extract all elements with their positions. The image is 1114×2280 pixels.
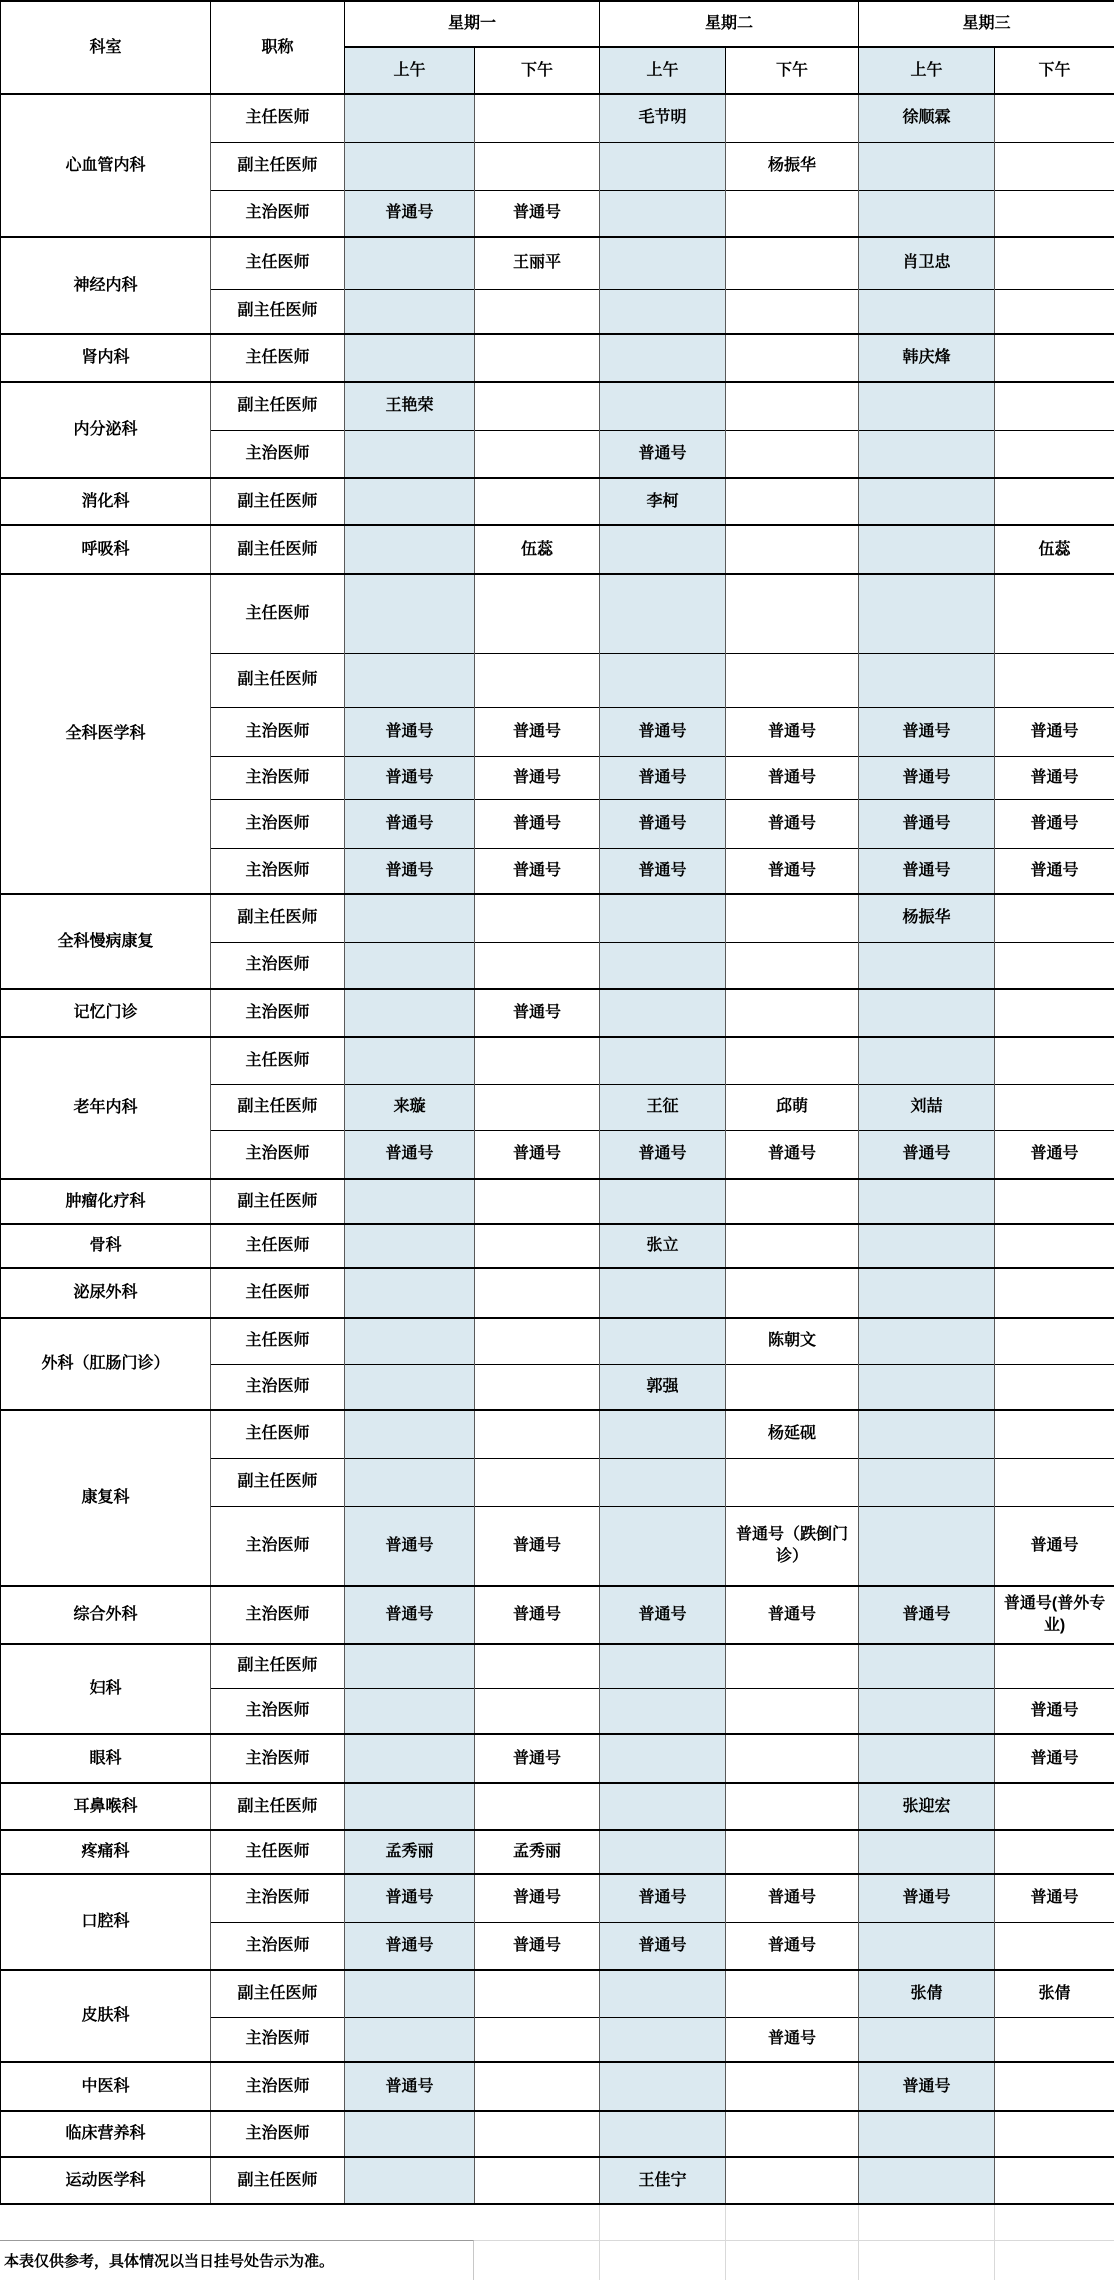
- header-monday-pm: 下午: [475, 47, 600, 94]
- schedule-cell-tuesday-pm: [726, 1688, 859, 1734]
- header-title: 职称: [211, 1, 345, 94]
- schedule-cell-tuesday-am: [600, 334, 726, 382]
- title-cell: 主治医师: [211, 1734, 345, 1783]
- schedule-cell-tuesday-am: [600, 574, 726, 653]
- schedule-cell-tuesday-pm: 杨振华: [726, 142, 859, 190]
- schedule-cell-tuesday-am: [600, 1037, 726, 1084]
- dept-cell: 肿瘤化疗科: [1, 1179, 211, 1224]
- schedule-cell-monday-pm: [475, 1410, 600, 1458]
- schedule-cell-wednesday-pm: 普通号: [995, 707, 1114, 756]
- dept-cell: 记忆门诊: [1, 989, 211, 1037]
- title-cell: 副主任医师: [211, 1644, 345, 1688]
- schedule-row: 疼痛科主任医师孟秀丽孟秀丽: [1, 1830, 1114, 1874]
- schedule-cell-tuesday-am: [600, 525, 726, 574]
- schedule-cell-wednesday-pm: [995, 2111, 1114, 2157]
- title-cell: 主任医师: [211, 1318, 345, 1364]
- schedule-cell-monday-am: [345, 1783, 475, 1830]
- schedule-cell-monday-am: [345, 1224, 475, 1268]
- schedule-cell-wednesday-pm: [995, 1458, 1114, 1506]
- schedule-cell-tuesday-pm: 普通号: [726, 848, 859, 894]
- title-cell: 主任医师: [211, 1268, 345, 1318]
- schedule-row: 综合外科主治医师普通号普通号普通号普通号普通号普通号(普外专业): [1, 1586, 1114, 1644]
- dept-cell: 临床营养科: [1, 2111, 211, 2157]
- schedule-cell-tuesday-pm: [726, 2111, 859, 2157]
- schedule-cell-wednesday-am: 普通号: [859, 848, 995, 894]
- title-cell: 主任医师: [211, 334, 345, 382]
- schedule-cell-wednesday-pm: [995, 942, 1114, 989]
- schedule-row: 康复科主任医师杨延砚: [1, 1410, 1114, 1458]
- schedule-cell-tuesday-am: 王征: [600, 1084, 726, 1130]
- title-cell: 副主任医师: [211, 653, 345, 707]
- schedule-cell-tuesday-am: 李柯: [600, 478, 726, 525]
- schedule-cell-tuesday-pm: [726, 1179, 859, 1224]
- title-cell: 主治医师: [211, 756, 345, 799]
- title-cell: 主任医师: [211, 1224, 345, 1268]
- title-cell: 主治医师: [211, 190, 345, 237]
- schedule-cell-tuesday-am: 张立: [600, 1224, 726, 1268]
- title-cell: 副主任医师: [211, 1179, 345, 1224]
- schedule-row: 妇科副主任医师: [1, 1644, 1114, 1688]
- schedule-cell-tuesday-pm: [726, 989, 859, 1037]
- schedule-cell-tuesday-pm: [726, 653, 859, 707]
- schedule-cell-monday-pm: [475, 574, 600, 653]
- schedule-cell-wednesday-am: 肖卫忠: [859, 237, 995, 289]
- schedule-cell-monday-pm: [475, 2017, 600, 2062]
- title-cell: 主治医师: [211, 942, 345, 989]
- gridline: [725, 2205, 726, 2280]
- title-cell: 主任医师: [211, 237, 345, 289]
- schedule-cell-tuesday-am: [600, 1179, 726, 1224]
- title-cell: 副主任医师: [211, 894, 345, 942]
- title-cell: 副主任医师: [211, 1783, 345, 1830]
- schedule-cell-tuesday-am: 普通号: [600, 1874, 726, 1922]
- schedule-cell-monday-pm: [475, 1179, 600, 1224]
- schedule-cell-wednesday-pm: 普通号: [995, 799, 1114, 848]
- schedule-cell-wednesday-am: [859, 1506, 995, 1586]
- schedule-cell-tuesday-am: 普通号: [600, 1922, 726, 1970]
- title-cell: 主治医师: [211, 1506, 345, 1586]
- schedule-cell-tuesday-am: 普通号: [600, 430, 726, 478]
- schedule-cell-wednesday-pm: [995, 1084, 1114, 1130]
- schedule-cell-monday-pm: 普通号: [475, 848, 600, 894]
- schedule-cell-wednesday-am: [859, 2157, 995, 2204]
- title-cell: 副主任医师: [211, 382, 345, 430]
- title-cell: 主治医师: [211, 2062, 345, 2111]
- schedule-cell-tuesday-am: [600, 2017, 726, 2062]
- title-cell: 主治医师: [211, 2017, 345, 2062]
- gridline: [994, 2205, 995, 2280]
- schedule-cell-wednesday-pm: [995, 1268, 1114, 1318]
- title-cell: 主治医师: [211, 1586, 345, 1644]
- schedule-row: 耳鼻喉科副主任医师张迎宏: [1, 1783, 1114, 1830]
- schedule-cell-wednesday-am: 徐顺霖: [859, 94, 995, 142]
- schedule-cell-tuesday-pm: [726, 1268, 859, 1318]
- schedule-row: 中医科主治医师普通号普通号: [1, 2062, 1114, 2111]
- schedule-cell-monday-pm: [475, 1458, 600, 1506]
- schedule-row: 心血管内科主任医师毛节明徐顺霖: [1, 94, 1114, 142]
- schedule-cell-monday-am: 普通号: [345, 1922, 475, 1970]
- schedule-cell-monday-am: [345, 653, 475, 707]
- schedule-cell-monday-pm: 伍蕊: [475, 525, 600, 574]
- schedule-cell-monday-am: [345, 289, 475, 334]
- schedule-cell-tuesday-am: 毛节明: [600, 94, 726, 142]
- schedule-cell-tuesday-am: [600, 2062, 726, 2111]
- header-day-monday: 星期一: [345, 1, 600, 47]
- schedule-cell-tuesday-am: 郭强: [600, 1364, 726, 1410]
- schedule-cell-monday-am: [345, 1970, 475, 2017]
- schedule-cell-tuesday-pm: 普通号: [726, 799, 859, 848]
- schedule-cell-wednesday-pm: [995, 334, 1114, 382]
- schedule-cell-wednesday-pm: [995, 478, 1114, 525]
- schedule-cell-wednesday-am: 普通号: [859, 1874, 995, 1922]
- schedule-cell-monday-am: 来璇: [345, 1084, 475, 1130]
- schedule-cell-monday-pm: [475, 334, 600, 382]
- schedule-cell-wednesday-pm: [995, 382, 1114, 430]
- title-cell: 主治医师: [211, 1874, 345, 1922]
- schedule-cell-tuesday-pm: 普通号: [726, 1922, 859, 1970]
- schedule-cell-monday-pm: 普通号: [475, 989, 600, 1037]
- schedule-cell-monday-am: [345, 574, 475, 653]
- schedule-cell-tuesday-pm: [726, 1783, 859, 1830]
- title-cell: 主任医师: [211, 1037, 345, 1084]
- schedule-cell-monday-pm: [475, 430, 600, 478]
- schedule-cell-monday-pm: [475, 2157, 600, 2204]
- schedule-cell-tuesday-am: 普通号: [600, 707, 726, 756]
- schedule-cell-tuesday-am: [600, 237, 726, 289]
- schedule-cell-monday-am: 普通号: [345, 707, 475, 756]
- schedule-row: 临床营养科主治医师: [1, 2111, 1114, 2157]
- schedule-cell-wednesday-pm: [995, 1179, 1114, 1224]
- header-tuesday-pm: 下午: [726, 47, 859, 94]
- schedule-cell-tuesday-pm: [726, 2157, 859, 2204]
- schedule-cell-wednesday-am: [859, 1364, 995, 1410]
- schedule-row: 皮肤科副主任医师张倩张倩: [1, 1970, 1114, 2017]
- title-cell: 主治医师: [211, 2111, 345, 2157]
- schedule-cell-monday-pm: [475, 382, 600, 430]
- schedule-cell-wednesday-pm: [995, 430, 1114, 478]
- dept-cell: 皮肤科: [1, 1970, 211, 2062]
- schedule-cell-wednesday-pm: [995, 1783, 1114, 1830]
- title-cell: 主治医师: [211, 1688, 345, 1734]
- schedule-cell-wednesday-pm: [995, 653, 1114, 707]
- schedule-cell-monday-pm: [475, 2111, 600, 2157]
- schedule-cell-tuesday-pm: [726, 1458, 859, 1506]
- schedule-cell-monday-pm: 普通号: [475, 799, 600, 848]
- schedule-cell-wednesday-pm: [995, 1364, 1114, 1410]
- schedule-cell-tuesday-pm: [726, 94, 859, 142]
- title-cell: 主治医师: [211, 848, 345, 894]
- schedule-cell-tuesday-pm: 普通号: [726, 707, 859, 756]
- schedule-cell-wednesday-am: 普通号: [859, 756, 995, 799]
- schedule-cell-tuesday-pm: [726, 1037, 859, 1084]
- schedule-cell-wednesday-pm: [995, 94, 1114, 142]
- schedule-cell-monday-am: [345, 1037, 475, 1084]
- title-cell: 副主任医师: [211, 2157, 345, 2204]
- schedule-cell-tuesday-pm: [726, 1364, 859, 1410]
- schedule-cell-tuesday-am: [600, 1410, 726, 1458]
- schedule-cell-tuesday-am: 普通号: [600, 848, 726, 894]
- schedule-cell-monday-am: [345, 478, 475, 525]
- schedule-cell-wednesday-am: [859, 382, 995, 430]
- title-cell: 副主任医师: [211, 142, 345, 190]
- dept-cell: 眼科: [1, 1734, 211, 1783]
- title-cell: 主任医师: [211, 1830, 345, 1874]
- dept-cell: 康复科: [1, 1410, 211, 1586]
- schedule-cell-monday-pm: [475, 2062, 600, 2111]
- title-cell: 副主任医师: [211, 525, 345, 574]
- schedule-cell-wednesday-am: [859, 942, 995, 989]
- schedule-cell-wednesday-am: [859, 2111, 995, 2157]
- dept-cell: 妇科: [1, 1644, 211, 1734]
- schedule-cell-wednesday-pm: 普通号: [995, 1130, 1114, 1179]
- schedule-cell-wednesday-am: [859, 2017, 995, 2062]
- schedule-row: 口腔科主治医师普通号普通号普通号普通号普通号普通号: [1, 1874, 1114, 1922]
- schedule-cell-monday-pm: 普通号: [475, 1506, 600, 1586]
- title-cell: 主治医师: [211, 1364, 345, 1410]
- schedule-cell-wednesday-am: [859, 574, 995, 653]
- schedule-cell-monday-am: [345, 1318, 475, 1364]
- dept-cell: 全科慢病康复: [1, 894, 211, 989]
- schedule-cell-wednesday-am: 普通号: [859, 2062, 995, 2111]
- schedule-row: 全科慢病康复副主任医师杨振华: [1, 894, 1114, 942]
- gridline: [858, 2205, 859, 2280]
- dept-cell: 综合外科: [1, 1586, 211, 1644]
- title-cell: 主治医师: [211, 1922, 345, 1970]
- schedule-cell-wednesday-pm: [995, 574, 1114, 653]
- schedule-cell-monday-am: 普通号: [345, 190, 475, 237]
- schedule-cell-wednesday-am: [859, 1268, 995, 1318]
- schedule-cell-monday-am: [345, 1644, 475, 1688]
- dept-cell: 耳鼻喉科: [1, 1783, 211, 1830]
- schedule-cell-monday-am: 普通号: [345, 1506, 475, 1586]
- schedule-cell-wednesday-am: [859, 1179, 995, 1224]
- schedule-cell-monday-am: [345, 525, 475, 574]
- schedule-cell-tuesday-pm: [726, 237, 859, 289]
- schedule-cell-wednesday-pm: [995, 2062, 1114, 2111]
- schedule-cell-tuesday-am: [600, 989, 726, 1037]
- schedule-cell-wednesday-am: [859, 190, 995, 237]
- schedule-cell-monday-pm: [475, 1364, 600, 1410]
- schedule-cell-monday-am: [345, 1734, 475, 1783]
- schedule-cell-monday-pm: [475, 1084, 600, 1130]
- schedule-cell-tuesday-pm: 普通号: [726, 1874, 859, 1922]
- schedule-cell-tuesday-pm: [726, 2062, 859, 2111]
- header-day-tuesday: 星期二: [600, 1, 859, 47]
- schedule-cell-wednesday-am: [859, 478, 995, 525]
- schedule-cell-tuesday-pm: [726, 942, 859, 989]
- schedule-cell-monday-am: [345, 1458, 475, 1506]
- schedule-cell-wednesday-am: [859, 142, 995, 190]
- schedule-cell-wednesday-pm: [995, 142, 1114, 190]
- schedule-row: 骨科主任医师张立: [1, 1224, 1114, 1268]
- title-cell: 副主任医师: [211, 1970, 345, 2017]
- schedule-cell-monday-pm: [475, 94, 600, 142]
- schedule-cell-wednesday-am: 张倩: [859, 1970, 995, 2017]
- schedule-cell-monday-am: [345, 989, 475, 1037]
- schedule-cell-wednesday-pm: 普通号(普外专业): [995, 1586, 1114, 1644]
- schedule-row: 眼科主治医师普通号普通号: [1, 1734, 1114, 1783]
- schedule-cell-monday-pm: [475, 1970, 600, 2017]
- schedule-cell-tuesday-pm: [726, 289, 859, 334]
- schedule-cell-wednesday-pm: [995, 1410, 1114, 1458]
- schedule-cell-tuesday-am: [600, 1734, 726, 1783]
- schedule-cell-tuesday-pm: [726, 382, 859, 430]
- dept-cell: 内分泌科: [1, 382, 211, 478]
- schedule-cell-tuesday-am: [600, 1506, 726, 1586]
- gridline: [599, 2205, 600, 2280]
- schedule-cell-wednesday-am: 杨振华: [859, 894, 995, 942]
- schedule-cell-wednesday-pm: 伍蕊: [995, 525, 1114, 574]
- schedule-cell-tuesday-am: [600, 1830, 726, 1874]
- schedule-row: 内分泌科副主任医师王艳荣: [1, 382, 1114, 430]
- schedule-cell-wednesday-pm: [995, 190, 1114, 237]
- schedule-cell-tuesday-am: 普通号: [600, 1130, 726, 1179]
- clinic-schedule-table: 科室 职称 星期一 星期二 星期三 上午 下午 上午 下午 上午 下午 心血管内…: [0, 0, 1114, 2205]
- schedule-cell-wednesday-am: [859, 989, 995, 1037]
- schedule-cell-wednesday-pm: [995, 1922, 1114, 1970]
- schedule-cell-monday-am: [345, 1410, 475, 1458]
- schedule-cell-tuesday-pm: 杨延砚: [726, 1410, 859, 1458]
- schedule-cell-wednesday-am: [859, 525, 995, 574]
- schedule-cell-wednesday-am: [859, 1318, 995, 1364]
- schedule-cell-wednesday-pm: [995, 289, 1114, 334]
- schedule-cell-wednesday-am: [859, 430, 995, 478]
- schedule-cell-wednesday-pm: [995, 2017, 1114, 2062]
- title-cell: 主治医师: [211, 1130, 345, 1179]
- title-cell: 副主任医师: [211, 289, 345, 334]
- schedule-cell-monday-am: 普通号: [345, 1130, 475, 1179]
- dept-cell: 口腔科: [1, 1874, 211, 1970]
- schedule-cell-wednesday-pm: [995, 1037, 1114, 1084]
- schedule-cell-wednesday-am: [859, 653, 995, 707]
- schedule-cell-monday-am: [345, 2157, 475, 2204]
- schedule-cell-monday-pm: [475, 1037, 600, 1084]
- schedule-cell-monday-am: [345, 894, 475, 942]
- title-cell: 副主任医师: [211, 478, 345, 525]
- dept-cell: 呼吸科: [1, 525, 211, 574]
- schedule-cell-monday-pm: [475, 142, 600, 190]
- title-cell: 主治医师: [211, 799, 345, 848]
- schedule-cell-monday-am: [345, 237, 475, 289]
- schedule-cell-monday-pm: [475, 478, 600, 525]
- schedule-cell-wednesday-pm: [995, 1224, 1114, 1268]
- schedule-cell-wednesday-pm: [995, 237, 1114, 289]
- schedule-row: 呼吸科副主任医师伍蕊伍蕊: [1, 525, 1114, 574]
- schedule-cell-monday-pm: [475, 1268, 600, 1318]
- schedule-cell-monday-pm: 普通号: [475, 1922, 600, 1970]
- dept-cell: 泌尿外科: [1, 1268, 211, 1318]
- schedule-cell-tuesday-pm: [726, 525, 859, 574]
- schedule-row: 全科医学科主任医师: [1, 574, 1114, 653]
- title-cell: 副主任医师: [211, 1458, 345, 1506]
- schedule-cell-tuesday-am: [600, 190, 726, 237]
- schedule-cell-monday-am: [345, 1268, 475, 1318]
- schedule-cell-monday-pm: 普通号: [475, 756, 600, 799]
- schedule-cell-tuesday-am: 王佳宁: [600, 2157, 726, 2204]
- clinic-schedule-sheet: 科室 职称 星期一 星期二 星期三 上午 下午 上午 下午 上午 下午 心血管内…: [0, 0, 1114, 2280]
- schedule-cell-tuesday-pm: 普通号（跌倒门诊）: [726, 1506, 859, 1586]
- schedule-cell-tuesday-am: [600, 1268, 726, 1318]
- schedule-cell-monday-pm: 普通号: [475, 707, 600, 756]
- schedule-cell-monday-am: 孟秀丽: [345, 1830, 475, 1874]
- schedule-cell-wednesday-pm: 普通号: [995, 1688, 1114, 1734]
- schedule-cell-wednesday-am: [859, 1410, 995, 1458]
- schedule-cell-monday-am: 普通号: [345, 756, 475, 799]
- title-cell: 主任医师: [211, 1410, 345, 1458]
- dept-cell: 中医科: [1, 2062, 211, 2111]
- schedule-cell-tuesday-am: [600, 1458, 726, 1506]
- schedule-cell-monday-am: 王艳荣: [345, 382, 475, 430]
- schedule-cell-wednesday-pm: 张倩: [995, 1970, 1114, 2017]
- schedule-cell-wednesday-am: 普通号: [859, 799, 995, 848]
- dept-cell: 全科医学科: [1, 574, 211, 894]
- footer-note: 本表仅供参考，具体情况以当日挂号处告示为准。: [0, 2240, 474, 2280]
- schedule-cell-wednesday-pm: [995, 2157, 1114, 2204]
- schedule-cell-monday-am: [345, 1688, 475, 1734]
- schedule-cell-monday-pm: [475, 1318, 600, 1364]
- title-cell: 主治医师: [211, 989, 345, 1037]
- schedule-cell-monday-pm: [475, 942, 600, 989]
- gridline: [474, 2240, 1114, 2241]
- schedule-cell-tuesday-am: [600, 1688, 726, 1734]
- schedule-cell-tuesday-pm: 普通号: [726, 1586, 859, 1644]
- schedule-cell-monday-am: [345, 142, 475, 190]
- schedule-cell-tuesday-am: [600, 653, 726, 707]
- schedule-row: 肿瘤化疗科副主任医师: [1, 1179, 1114, 1224]
- schedule-cell-tuesday-pm: [726, 1224, 859, 1268]
- header-monday-am: 上午: [345, 47, 475, 94]
- schedule-cell-monday-pm: [475, 1644, 600, 1688]
- schedule-cell-tuesday-pm: [726, 1970, 859, 2017]
- schedule-cell-tuesday-am: [600, 1970, 726, 2017]
- header-wednesday-am: 上午: [859, 47, 995, 94]
- schedule-cell-wednesday-am: 张迎宏: [859, 1783, 995, 1830]
- schedule-cell-tuesday-am: [600, 942, 726, 989]
- schedule-row: 肾内科主任医师韩庆烽: [1, 334, 1114, 382]
- table-header: 科室 职称 星期一 星期二 星期三 上午 下午 上午 下午 上午 下午: [1, 1, 1114, 94]
- title-cell: 主任医师: [211, 94, 345, 142]
- title-cell: 主治医师: [211, 707, 345, 756]
- header-tuesday-am: 上午: [600, 47, 726, 94]
- schedule-cell-wednesday-am: [859, 1922, 995, 1970]
- schedule-cell-wednesday-pm: 普通号: [995, 756, 1114, 799]
- schedule-cell-tuesday-am: 普通号: [600, 756, 726, 799]
- schedule-cell-monday-pm: 普通号: [475, 1130, 600, 1179]
- schedule-cell-monday-am: 普通号: [345, 1586, 475, 1644]
- header-dept: 科室: [1, 1, 211, 94]
- schedule-cell-wednesday-am: [859, 1830, 995, 1874]
- schedule-cell-tuesday-pm: 陈朝文: [726, 1318, 859, 1364]
- schedule-cell-tuesday-pm: [726, 478, 859, 525]
- schedule-cell-monday-pm: 普通号: [475, 190, 600, 237]
- schedule-cell-wednesday-pm: [995, 989, 1114, 1037]
- schedule-row: 老年内科主任医师: [1, 1037, 1114, 1084]
- schedule-cell-monday-am: [345, 1179, 475, 1224]
- schedule-cell-wednesday-am: [859, 1734, 995, 1783]
- schedule-row: 消化科副主任医师李柯: [1, 478, 1114, 525]
- schedule-row: 记忆门诊主治医师普通号: [1, 989, 1114, 1037]
- schedule-cell-monday-pm: [475, 1688, 600, 1734]
- schedule-cell-monday-pm: 王丽平: [475, 237, 600, 289]
- schedule-cell-monday-pm: [475, 653, 600, 707]
- schedule-cell-monday-pm: 普通号: [475, 1734, 600, 1783]
- schedule-cell-wednesday-am: [859, 1037, 995, 1084]
- schedule-cell-tuesday-am: [600, 1318, 726, 1364]
- schedule-cell-wednesday-am: [859, 1644, 995, 1688]
- title-cell: 主治医师: [211, 430, 345, 478]
- schedule-cell-monday-am: [345, 2017, 475, 2062]
- schedule-cell-wednesday-am: [859, 289, 995, 334]
